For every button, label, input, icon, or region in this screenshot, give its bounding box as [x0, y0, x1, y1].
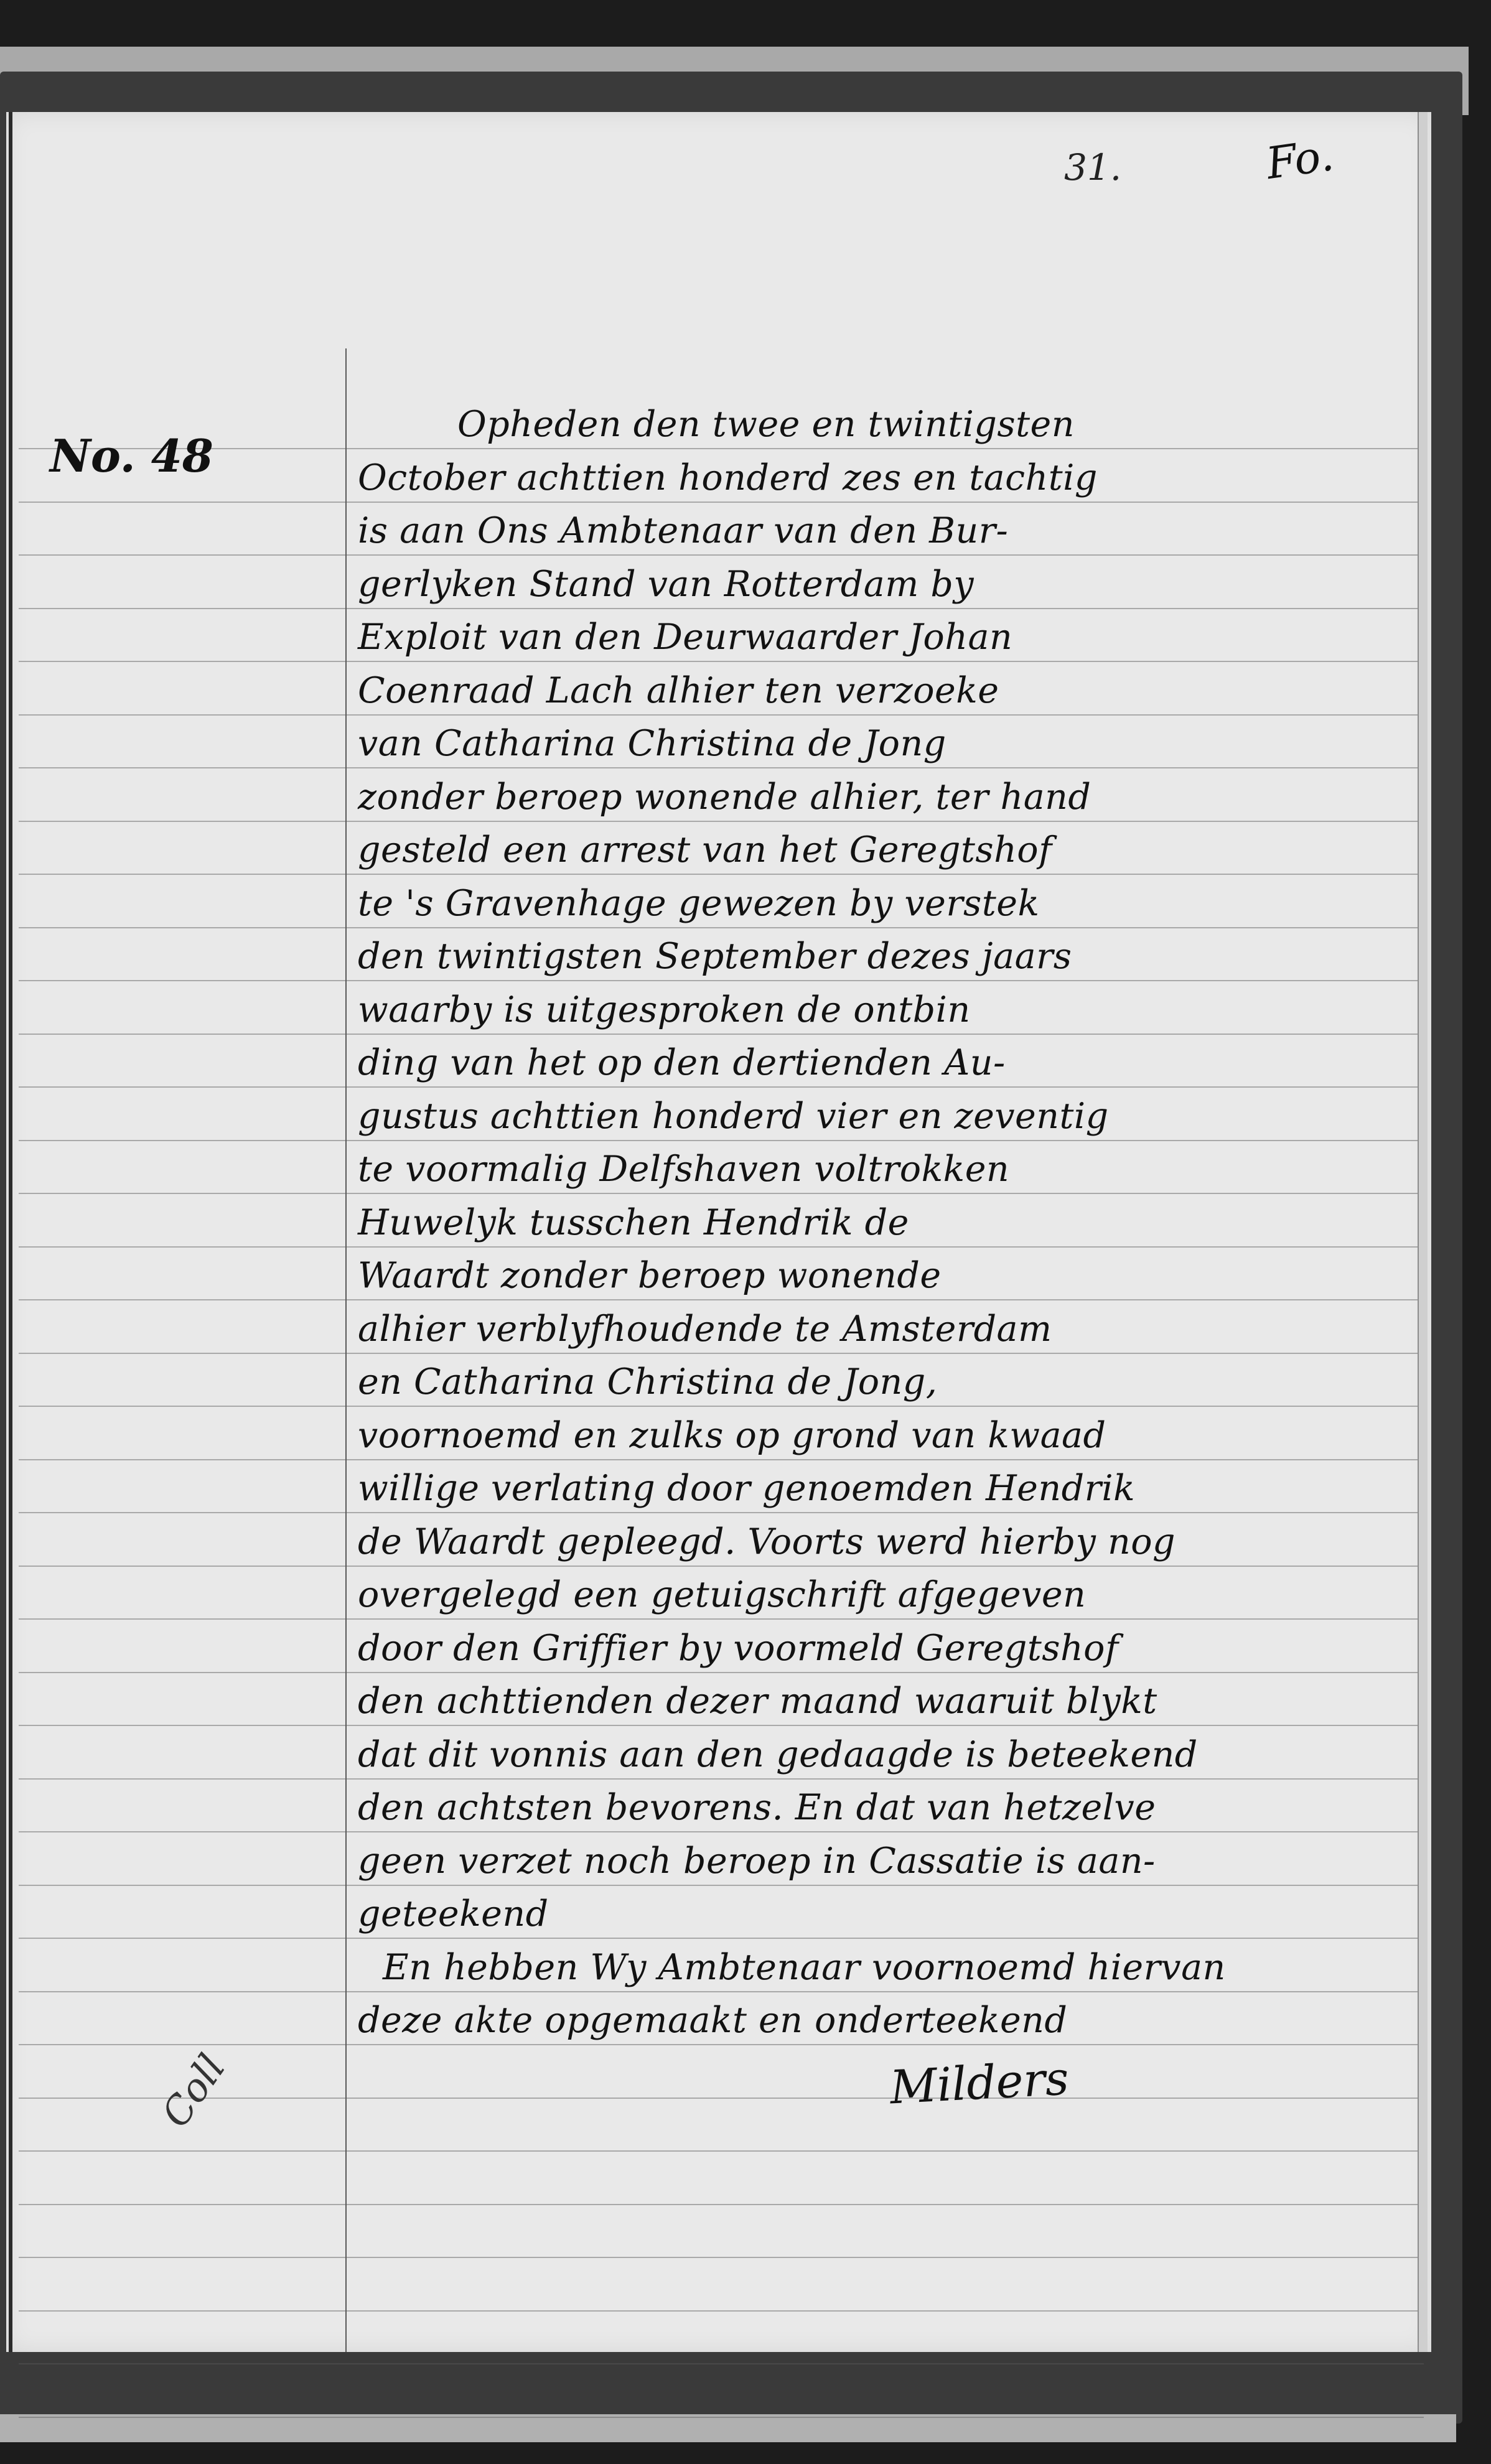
text-line: van Catharina Christina de Jong: [358, 717, 1391, 771]
binding-edge: [9, 112, 12, 2352]
record-text: Opheden den twee en twintigsten October …: [358, 398, 1391, 2048]
text-line: gustus achttien honderd vier en zeventig: [358, 1090, 1391, 1144]
text-line: waarby is uitgesproken de ontbin: [358, 984, 1391, 1037]
text-line: is aan Ons Ambtenaar van den Bur-: [358, 505, 1391, 558]
entry-number: No. 48: [50, 429, 213, 482]
text-line: zonder beroep wonende alhier, ter hand: [358, 771, 1391, 824]
ruled-line: [19, 2363, 1424, 2364]
text-line: den achttienden dezer maand waaruit blyk…: [358, 1675, 1391, 1729]
page-number: 31.: [1064, 146, 1121, 189]
text-line: gesteld een arrest van het Geregtshof: [358, 824, 1391, 877]
text-line: te 's Gravenhage gewezen by verstek: [358, 877, 1391, 931]
text-line: de Waardt gepleegd. Voorts werd hierby n…: [358, 1516, 1391, 1569]
text-line: En hebben Wy Ambtenaar voornoemd hiervan: [358, 1941, 1391, 1995]
text-line: gerlyken Stand van Rotterdam by: [358, 558, 1391, 612]
text-line: te voormalig Delfshaven voltrokken: [358, 1143, 1391, 1197]
text-line: dat dit vonnis aan den gedaagde is betee…: [358, 1729, 1391, 1782]
text-line: Waardt zonder beroep wonende: [358, 1249, 1391, 1303]
text-line: door den Griffier by voormeld Geregtshof: [358, 1622, 1391, 1676]
page-edge: [1418, 112, 1428, 2352]
text-line: voornoemd en zulks op grond van kwaad: [358, 1409, 1391, 1463]
text-line: overgelegd een getuigschrift afgegeven: [358, 1569, 1391, 1622]
text-line: den achtsten bevorens. En dat van hetzel…: [358, 1781, 1391, 1835]
ruled-line: [19, 2310, 1424, 2312]
text-line: Opheden den twee en twintigsten: [358, 398, 1391, 452]
ruled-line: [19, 2417, 1424, 2418]
scan-bottom-strip: [0, 2414, 1456, 2442]
text-line: geteekend: [358, 1888, 1391, 1941]
ruled-line: [19, 2257, 1424, 2258]
ruled-line: [19, 2098, 1424, 2099]
text-line: alhier verblyfhoudende te Amsterdam: [358, 1303, 1391, 1356]
text-line: geen verzet noch beroep in Cassatie is a…: [358, 1835, 1391, 1888]
text-line: October achttien honderd zes en tachtig: [358, 452, 1391, 505]
margin-rule: [345, 348, 347, 2352]
ruled-line: [19, 2150, 1424, 2152]
text-line: Exploit van den Deurwaarder Johan: [358, 611, 1391, 665]
text-line: ding van het op den dertienden Au-: [358, 1037, 1391, 1090]
text-line: Coenraad Lach alhier ten verzoeke: [358, 665, 1391, 718]
folio-mark: Fo.: [1263, 129, 1337, 189]
text-line: willige verlating door genoemden Hendrik: [358, 1462, 1391, 1516]
text-line: deze akte opgemaakt en onderteekend: [358, 1994, 1391, 2048]
official-signature: Milders: [889, 2052, 1070, 2115]
text-line: en Catharina Christina de Jong,: [358, 1356, 1391, 1409]
text-line: Huwelyk tusschen Hendrik de: [358, 1197, 1391, 1250]
ruled-line: [19, 2204, 1424, 2205]
text-line: den twintigsten September dezes jaars: [358, 930, 1391, 984]
